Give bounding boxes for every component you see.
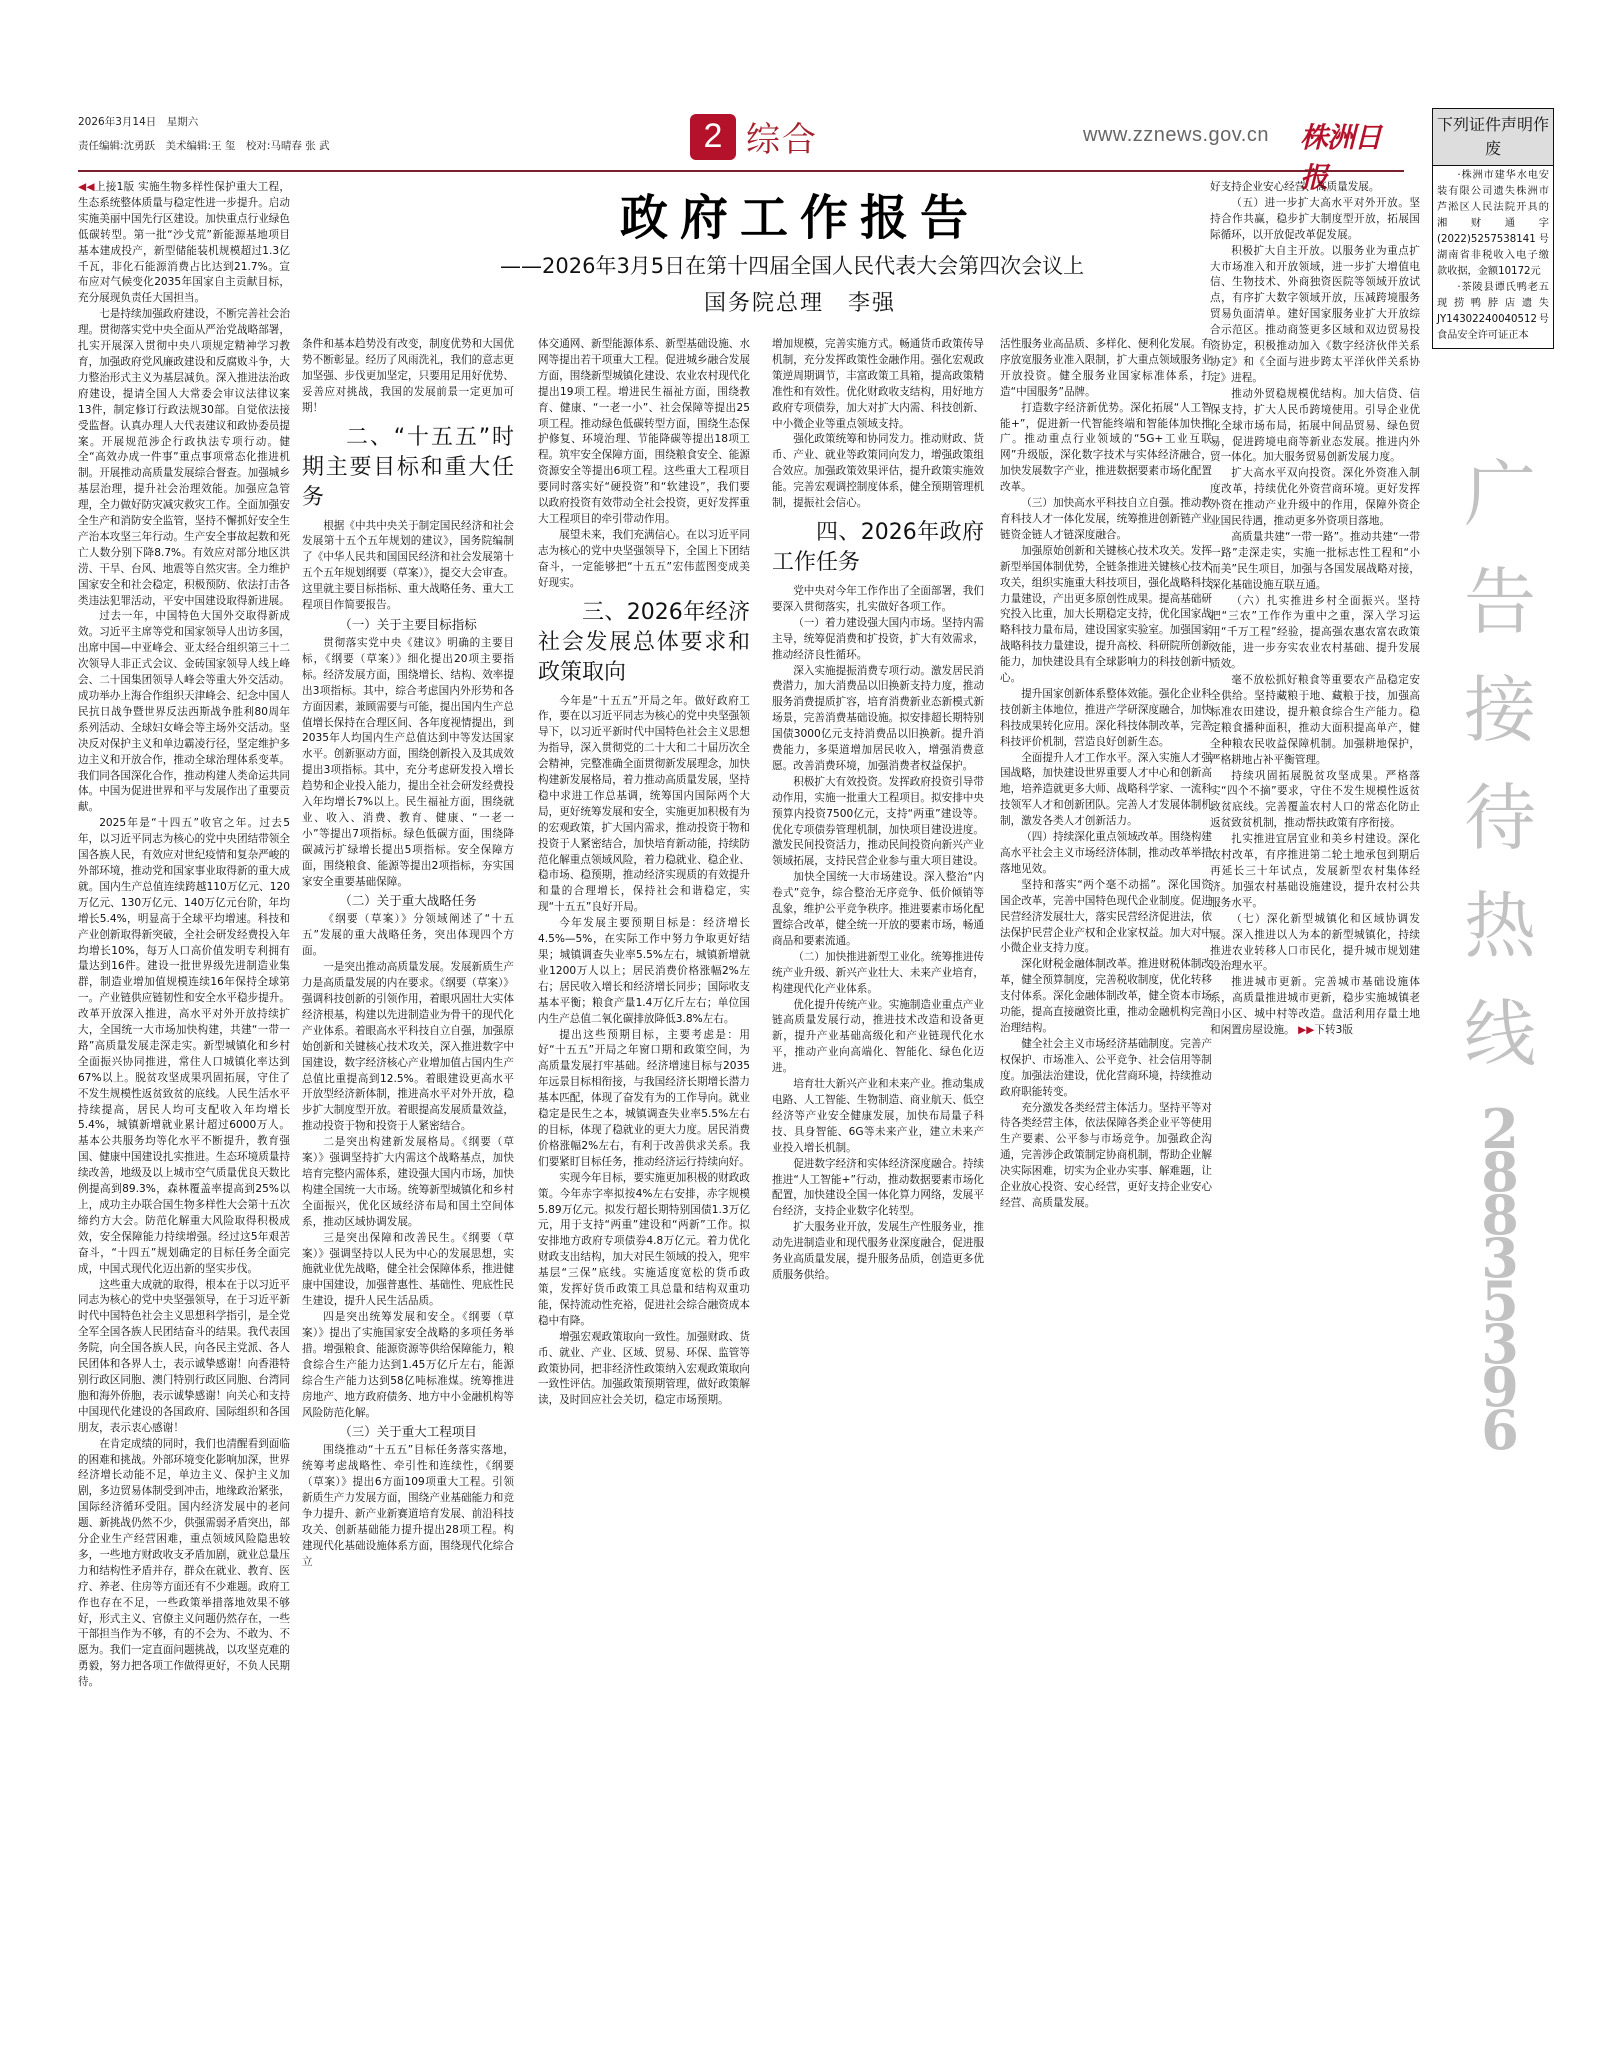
article-paragraph: （二）加快推进新型工业化。统筹推进传统产业升级、新兴产业壮大、未来产业培育，构建… [772,950,984,998]
article-paragraph: 好支持企业安心经营、高质量发展。 [1210,180,1420,196]
text-run: 今年发展主要预期目标是：经济增长4.5%—5%，在实际工作中努力争取更好结果；城… [538,917,750,1024]
text-run: 活性服务业高品质、多样化、便利化发展。有序放宽服务业准入限制，扩大重点领域服务业… [1000,338,1212,398]
text-run: 培育壮大新兴产业和未来产业。推动集成电路、人工智能、生物制造、商业航天、低空经济… [772,1078,984,1154]
article-paragraph: 《纲要（草案）》分领域阐述了“十五五”发展的重大战略任务，突出体现四个方面。 [302,912,514,960]
article-paragraph: 三是突出保障和改善民生。《纲要（草案）》强调坚持以人民为中心的发展思想，实施就业… [302,1231,514,1311]
article-paragraph: 高质量共建“一带一路”。推动共建“一带一路”走深走实，实施一批标志性工程和“小而… [1210,530,1420,594]
article-paragraph: 打造数字经济新优势。深化拓展“人工智能+”，促进新一代智能终端和智能体加快推广。… [1000,401,1212,496]
text-run: 七是持续加强政府建设，不断完善社会治理。贯彻落实党中央全面从严治党战略部署，扎实… [78,308,290,606]
notice-body: ·株洲市建华水电安装有限公司遗失株洲市芦淞区人民法院开具的湘财通字(2022)5… [1433,165,1553,348]
text-run: 毫不放松抓好粮食等重要农产品稳定安全供给。坚持藏粮于地、藏粮于技，加强高标准农田… [1210,674,1420,766]
article-paragraph: 根据《中共中央关于制定国民经济和社会发展第十五个五年规划的建议》，国务院编制了《… [302,519,514,614]
section-heading: 四、2026年政府工作任务 [772,518,984,578]
text-run: 扎实推进宜居宜业和美乡村建设。深化农村改革，有序推进第二轮土地承包到期后再延长三… [1210,833,1420,909]
article-paragraph: 条件和基本趋势没有改变，制度优势和大国优势不断彰显。经历了风雨洗礼，我们的意志更… [302,337,514,417]
ad-char: 告 [1450,548,1550,656]
article-paragraph: 在肯定成绩的同时，我们也清醒看到面临的困难和挑战。外部环境变化影响加深，世界经济… [78,1437,290,1692]
text-run: 深入实施提振消费专项行动。激发居民消费潜力，加大消费品以旧换新支持力度，推动服务… [772,665,984,772]
ad-hotline-label: 广告接待热线 [1450,440,1550,1088]
text-run: （六）扎实推进乡村全面振兴。坚持把“三农”工作作为重中之重，深入学习运用“千万工… [1210,595,1420,671]
text-run: 充分激发各类经营主体活力。坚持平等对待各类经营主体，依法保障各类企业平等使用生产… [1000,1102,1212,1209]
article-column-5: 活性服务业高品质、多样化、便利化发展。有序放宽服务业准入限制，扩大重点领域服务业… [1000,337,1212,2027]
article-paragraph: 扩大高水平双向投资。深化外资准入制度改革，持续优化外资营商环境。更好发挥外资在推… [1210,466,1420,530]
article-paragraph: 增强宏观政策取向一致性。加强财政、货币、就业、产业、区域、贸易、环保、监管等政策… [538,1330,750,1410]
text-run: 二、“十五五”时期主要目标和重大任务 [302,425,514,510]
text-run: 三、2026年经济社会发展总体要求和政策取向 [538,600,750,685]
text-run: 根据《中共中央关于制定国民经济和社会发展第十五个五年规划的建议》，国务院编制了《… [302,520,514,612]
article-paragraph: 强化政策统筹和协同发力。推动财政、货币、产业、就业等政策同向发力，增强政策组合效… [772,432,984,512]
text-run: 加快全国统一大市场建设。深入整治“内卷式”竞争，综合整治无序竞争、低价倾销等乱象… [772,871,984,947]
text-run: 一是突出推动高质量发展。发展新质生产力是高质量发展的内在要求。《纲要（草案）》强… [302,961,514,1132]
ad-char: 热 [1450,872,1550,980]
text-run: 过去一年，中国特色大国外交取得新成效。习近平主席等党和国家领导人出访多国，出席中… [78,610,290,813]
text-run: 强化政策统筹和协同发力。推动财政、货币、产业、就业等政策同向发力，增强政策组合效… [772,433,984,509]
text-run: （四）持续深化重点领域改革。围绕构建高水平社会主义市场经济体制，推动改革举措落地… [1000,831,1212,875]
text-run: （二）加快推进新型工业化。统筹推进传统产业升级、新兴产业壮大、未来产业培育，构建… [772,951,984,995]
text-run: 推动外贸稳规模优结构。加大信贷、信保支持，扩大人民币跨境使用。引导企业优化全球市… [1210,388,1420,464]
article-paragraph: 过去一年，中国特色大国外交取得新成效。习近平主席等党和国家领导人出访多国，出席中… [78,609,290,816]
article-paragraph: 展望未来，我们充满信心。在以习近平同志为核心的党中央坚强领导下，全国上下团结奋斗… [538,528,750,592]
text-run: 党中央对今年工作作出了全面部署，我们要深入贯彻落实，扎实做好各项工作。 [772,585,984,613]
text-run: 深化财税金融体制改革。推进财税体制改革，健全预算制度，完善税收制度，优化转移支付… [1000,958,1212,1034]
article-paragraph: 活性服务业高品质、多样化、便利化发展。有序放宽服务业准入限制，扩大重点领域服务业… [1000,337,1212,401]
article-paragraph: 持续巩固拓展脱贫攻坚成果。严格落实“四个不摘”要求，守住不发生规模性返贫致贫底线… [1210,769,1420,833]
text-run: 加强原始创新和关键核心技术攻关。发挥新型举国体制优势，全链条推进关键核心技术攻关… [1000,545,1212,684]
text-run: 提升国家创新体系整体效能。强化企业科技创新主体地位，推进产学研深度融合，加快科技… [1000,688,1212,748]
text-run: 展望未来，我们充满信心。在以习近平同志为核心的党中央坚强领导下，全国上下团结奋斗… [538,529,750,589]
text-run: （七）深化新型城镇化和区域协调发展。深入推进以人为本的新型城镇化，持续推进农业转… [1210,913,1420,973]
editor-credits: 责任编辑:沈勇跃 美术编辑:王 玺 校对:马晴春 张 武 [78,138,330,153]
text-run: 全面提升人才工作水平。深入实施人才强国战略，加快建设世界重要人才中心和创新高地，… [1000,752,1212,828]
text-run: 增强宏观政策取向一致性。加强财政、货币、就业、产业、区域、贸易、环保、监管等政策… [538,1331,750,1407]
article-header: 政府工作报告 ——2026年3月5日在第十四届全国人民代表大会第四次会议上 国务… [520,190,1080,317]
article-column-2: 条件和基本趋势没有改变，制度优势和大国优势不断彰显。经历了风雨洗礼，我们的意志更… [302,337,514,2027]
article-title: 政府工作报告 [520,190,1080,246]
publication-date: 2026年3月14日 星期六 [78,114,198,129]
text-run: 好支持企业安心经营、高质量发展。 [1210,181,1380,193]
page-number-badge: 2 [690,114,736,160]
article-paragraph: 四是突出统筹发展和安全。《纲要（草案）》提出了实施国家安全战略的多项任务举措。增… [302,1310,514,1421]
text-run: 实现今年目标，要实施更加积极的财政政策。今年赤字率拟按4%左右安排，赤字规模5.… [538,1172,750,1327]
text-run: 今年是“十五五”开局之年。做好政府工作，要在以习近平同志为核心的党中央坚强领导下… [538,695,750,914]
text-run: 积极扩大有效投资。发挥政府投资引导带动作用，实施一批重大工程项目。拟安排中央预算… [772,776,984,868]
text-run: （三）关于重大工程项目 [339,1424,477,1439]
article-paragraph: （三）加快高水平科技自立自强。推动教育科技人才一体化发展，统筹推进创新链产业链资… [1000,496,1212,544]
text-run: （三）加快高水平科技自立自强。推动教育科技人才一体化发展，统筹推进创新链产业链资… [1000,497,1212,541]
text-run: 贯彻落实党中央《建议》明确的主要目标，《纲要（草案）》细化提出20项主要指标。经… [302,637,514,888]
article-paragraph: 积极扩大有效投资。发挥政府投资引导带动作用，实施一批重大工程项目。拟安排中央预算… [772,775,984,870]
text-run: （五）进一步扩大高水平对外开放。坚持合作共赢，稳步扩大制度型开放，拓展国际循环，… [1210,197,1420,241]
article-paragraph: （一）着力建设强大国内市场。坚持内需主导，统筹促消费和扩投资，扩大有效需求，推动… [772,616,984,664]
text-run: 《纲要（草案）》分领域阐述了“十五五”发展的重大战略任务，突出体现四个方面。 [302,913,514,957]
article-paragraph: （七）深化新型城镇化和区域协调发展。深入推进以人为本的新型城镇化，持续推进农业转… [1210,912,1420,976]
ad-char: 待 [1450,764,1550,872]
article-paragraph: 二是突出构建新发展格局。《纲要（草案）》强调坚持扩大内需这个战略基点，加快培育完… [302,1135,514,1230]
notice-item: ·株洲市建华水电安装有限公司遗失株洲市芦淞区人民法院开具的湘财通字(2022)5… [1437,168,1549,280]
text-run: 实施生物多样性保护重大工程，生态系统整体质量与稳定性进一步提升。启动实施美丽中国… [78,181,290,304]
text-run: 持续巩固拓展脱贫攻坚成果。严格落实“四个不摘”要求，守住不发生规模性返贫致贫底线… [1210,770,1420,830]
article-column-3: 体交通网、新型能源体系、新型基础设施、水网等提出若干项重大工程。促进城乡融合发展… [538,337,750,2027]
masthead: 2026年3月14日 星期六 责任编辑:沈勇跃 美术编辑:王 玺 校对:马晴春 … [78,108,1400,170]
text-run: 高质量共建“一带一路”。推动共建“一带一路”走深走实，实施一批标志性工程和“小而… [1210,531,1420,591]
text-run: 扩大高水平双向投资。深化外资准入制度改革，持续优化外资营商环境。更好发挥外资在推… [1210,467,1420,527]
article-paragraph: 扩大服务业开放，发展生产性服务业，推动先进制造业和现代服务业深度融合，促进服务业… [772,1220,984,1284]
article-paragraph: 推动外贸稳规模优结构。加大信贷、信保支持，扩大人民币跨境使用。引导企业优化全球市… [1210,387,1420,467]
text-run: 围绕推动“十五五”目标任务落实落地，统筹考虑战略性、牵引性和连续性，《纲要（草案… [302,1444,514,1567]
article-paragraph: 实现今年目标，要实施更加积极的财政政策。今年赤字率拟按4%左右安排，赤字规模5.… [538,1171,750,1330]
text-run: （一）关于主要目标指标 [339,617,477,632]
article-paragraph: 充分激发各类经营主体活力。坚持平等对待各类经营主体，依法保障各类企业平等使用生产… [1000,1101,1212,1212]
section-heading: 三、2026年经济社会发展总体要求和政策取向 [538,598,750,688]
article-paragraph: 增加规模，完善实施方式。畅通货币政策传导机制，充分发挥政策性金融作用。强化宏观政… [772,337,984,432]
article-paragraph: 党中央对今年工作作出了全面部署，我们要深入贯彻落实，扎实做好各项工作。 [772,584,984,616]
continued-to-label[interactable]: 下转3版 [1314,1024,1353,1036]
text-run: 积极扩大自主开放。以服务业为重点扩大市场准入和开放领域，进一步扩大增值电信、生物… [1210,245,1420,384]
ad-char: 广 [1450,440,1550,548]
article-paragraph: 全面提升人才工作水平。深入实施人才强国战略，加快建设世界重要人才中心和创新高地，… [1000,751,1212,831]
article-subtitle: ——2026年3月5日在第十四届全国人民代表大会第四次会议上 [500,250,1080,280]
article-paragraph: （六）扎实推进乡村全面振兴。坚持把“三农”工作作为重中之重，深入学习运用“千万工… [1210,594,1420,674]
text-run: 二是突出构建新发展格局。《纲要（草案）》强调坚持扩大内需这个战略基点，加快培育完… [302,1136,514,1228]
section-heading: 二、“十五五”时期主要目标和重大任务 [302,423,514,513]
article-column-1: ◀◀上接1版 实施生物多样性保护重大工程，生态系统整体质量与稳定性进一步提升。启… [78,180,290,2030]
text-run: 增加规模，完善实施方式。畅通货币政策传导机制，充分发挥政策性金融作用。强化宏观政… [772,338,984,430]
subsection-heading: （一）关于主要目标指标 [302,616,514,634]
article-paragraph: 提升国家创新体系整体效能。强化企业科技创新主体地位，推进产学研深度融合，加快科技… [1000,687,1212,751]
article-paragraph: 积极扩大自主开放。以服务业为重点扩大市场准入和开放领域，进一步扩大增值电信、生物… [1210,244,1420,387]
ad-hotline-phone: 28835396 [1450,1108,1550,1452]
void-certificates-notice: 下列证件声明作废 ·株洲市建华水电安装有限公司遗失株洲市芦淞区人民法院开具的湘财… [1432,108,1554,349]
article-paragraph: 培育壮大新兴产业和未来产业。推动集成电路、人工智能、生物制造、商业航天、低空经济… [772,1077,984,1157]
text-run: 优化提升传统产业。实施制造业重点产业链高质量发展行动，推进技术改造和设备更新，提… [772,999,984,1075]
article-column-6: 好支持企业安心经营、高质量发展。（五）进一步扩大高水平对外开放。坚持合作共赢，稳… [1210,180,1420,2010]
ad-hotline-banner: 广告接待热线 28835396 [1450,440,1550,1452]
continued-to-arrow-icon: ▶▶ [1295,1024,1315,1036]
text-run: 打造数字经济新优势。深化拓展“人工智能+”，促进新一代智能终端和智能体加快推广。… [1000,402,1212,494]
page-section-label: 2 综合 [690,112,818,161]
text-run: （二）关于重大战略任务 [339,893,477,908]
article-paragraph: 扎实推进宜居宜业和美乡村建设。深化农村改革，有序推进第二轮土地承包到期后再延长三… [1210,832,1420,912]
masthead-divider [78,170,1404,172]
text-run: 三是突出保障和改善民生。《纲要（草案）》强调坚持以人民为中心的发展思想，实施就业… [302,1232,514,1308]
text-run: 促进数字经济和实体经济深度融合。持续推进“人工智能+”行动，推动数据要素市场化配… [772,1158,984,1218]
ad-char: 线 [1450,980,1550,1088]
article-paragraph: 贯彻落实党中央《建议》明确的主要目标，《纲要（草案）》细化提出20项主要指标。经… [302,636,514,891]
article-paragraph: 加快全国统一大市场建设。深入整治“内卷式”竞争，综合整治无序竞争、低价倾销等乱象… [772,870,984,950]
ad-digit: 6 [1450,1409,1550,1452]
article-paragraph: 体交通网、新型能源体系、新型基础设施、水网等提出若干项重大工程。促进城乡融合发展… [538,337,750,528]
article-paragraph: （五）进一步扩大高水平对外开放。坚持合作共赢，稳步扩大制度型开放，拓展国际循环，… [1210,196,1420,244]
subsection-heading: （三）关于重大工程项目 [302,1423,514,1441]
article-paragraph: 一是突出推动高质量发展。发展新质生产力是高质量发展的内在要求。《纲要（草案）》强… [302,960,514,1135]
article-paragraph: 这些重大成就的取得，根本在于以习近平同志为核心的党中央坚强领导，在于习近平新时代… [78,1278,290,1437]
text-run: （一）着力建设强大国内市场。坚持内需主导，统筹促消费和扩投资，扩大有效需求，推动… [772,617,984,661]
notice-header: 下列证件声明作废 [1433,109,1553,165]
article-paragraph: 今年发展主要预期目标是：经济增长4.5%—5%，在实际工作中努力争取更好结果；城… [538,916,750,1027]
article-paragraph: 坚持和落实“两个毫不动摇”。深化国资国企改革，完善中国特色现代企业制度。促进民营… [1000,878,1212,958]
section-name: 综合 [746,112,818,161]
text-run: 在肯定成绩的同时，我们也清醒看到面临的困难和挑战。外部环境变化影响加深，世界经济… [78,1438,290,1689]
website-url[interactable]: www.zznews.gov.cn [1083,124,1269,147]
article-paragraph: 加强原始创新和关键核心技术攻关。发挥新型举国体制优势，全链条推进关键核心技术攻关… [1000,544,1212,687]
article-paragraph: 促进数字经济和实体经济深度融合。持续推进“人工智能+”行动，推动数据要素市场化配… [772,1157,984,1221]
continued-from-arrow-icon: ◀◀ [78,181,95,193]
article-paragraph: 优化提升传统产业。实施制造业重点产业链高质量发展行动，推进技术改造和设备更新，提… [772,998,984,1078]
text-run: 四是突出统筹发展和安全。《纲要（草案）》提出了实施国家安全战略的多项任务举措。增… [302,1311,514,1418]
continued-from-label[interactable]: 上接1版 [95,181,138,193]
article-paragraph: 今年是“十五五”开局之年。做好政府工作，要在以习近平同志为核心的党中央坚强领导下… [538,694,750,917]
text-run: 体交通网、新型能源体系、新型基础设施、水网等提出若干项重大工程。促进城乡融合发展… [538,338,750,525]
notice-item: ·茶陵县谭氏鸭老五现捞鸭脖店遗失JY14302240040512号食品安全许可证… [1437,280,1549,344]
article-paragraph: 毫不放松抓好粮食等重要农产品稳定安全供给。坚持藏粮于地、藏粮于技，加强高标准农田… [1210,673,1420,768]
article-paragraph: 围绕推动“十五五”目标任务落实落地，统筹考虑战略性、牵引性和连续性，《纲要（草案… [302,1443,514,1570]
article-paragraph: 推进城市更新。完善城市基础设施体系，高质量推进城市更新，稳步实施城镇老旧小区、城… [1210,975,1420,1039]
article-column-4: 增加规模，完善实施方式。畅通货币政策传导机制，充分发挥政策性金融作用。强化宏观政… [772,337,984,2027]
text-run: 提出这些预期目标，主要考虑是：用好“十五五”开局之年窗口期和政策空间，为高质量发… [538,1029,750,1168]
article-paragraph: （四）持续深化重点领域改革。围绕构建高水平社会主义市场经济体制，推动改革举措落地… [1000,830,1212,878]
text-run: 扩大服务业开放，发展生产性服务业，推动先进制造业和现代服务业深度融合，促进服务业… [772,1221,984,1281]
text-run: 2025年是“十四五”收官之年。过去5年，以习近平同志为核心的党中央团结带领全国… [78,817,290,1274]
article-paragraph: 七是持续加强政府建设，不断完善社会治理。贯彻落实党中央全面从严治党战略部署，扎实… [78,307,290,609]
article-paragraph: 2025年是“十四五”收官之年。过去5年，以习近平同志为核心的党中央团结带领全国… [78,816,290,1277]
text-run: 四、2026年政府工作任务 [772,520,984,575]
article-paragraph: ◀◀上接1版 实施生物多样性保护重大工程，生态系统整体质量与稳定性进一步提升。启… [78,180,290,307]
text-run: 这些重大成就的取得，根本在于以习近平同志为核心的党中央坚强领导，在于习近平新时代… [78,1279,290,1434]
subsection-heading: （二）关于重大战略任务 [302,892,514,910]
article-paragraph: 深入实施提振消费专项行动。激发居民消费潜力，加大消费品以旧换新支持力度，推动服务… [772,664,984,775]
text-run: 健全社会主义市场经济基础制度。完善产权保护、市场准入、公平竞争、社会信用等制度。… [1000,1038,1212,1098]
article-author: 国务院总理 李强 [520,286,1080,317]
article-paragraph: 提出这些预期目标，主要考虑是：用好“十五五”开局之年窗口期和政策空间，为高质量发… [538,1028,750,1171]
ad-char: 接 [1450,656,1550,764]
text-run: 条件和基本趋势没有改变，制度优势和大国优势不断彰显。经历了风雨洗礼，我们的意志更… [302,338,514,414]
article-paragraph: 深化财税金融体制改革。推进财税体制改革，健全预算制度，完善税收制度，优化转移支付… [1000,957,1212,1037]
text-run: 坚持和落实“两个毫不动摇”。深化国资国企改革，完善中国特色现代企业制度。促进民营… [1000,879,1212,955]
article-paragraph: 健全社会主义市场经济基础制度。完善产权保护、市场准入、公平竞争、社会信用等制度。… [1000,1037,1212,1101]
